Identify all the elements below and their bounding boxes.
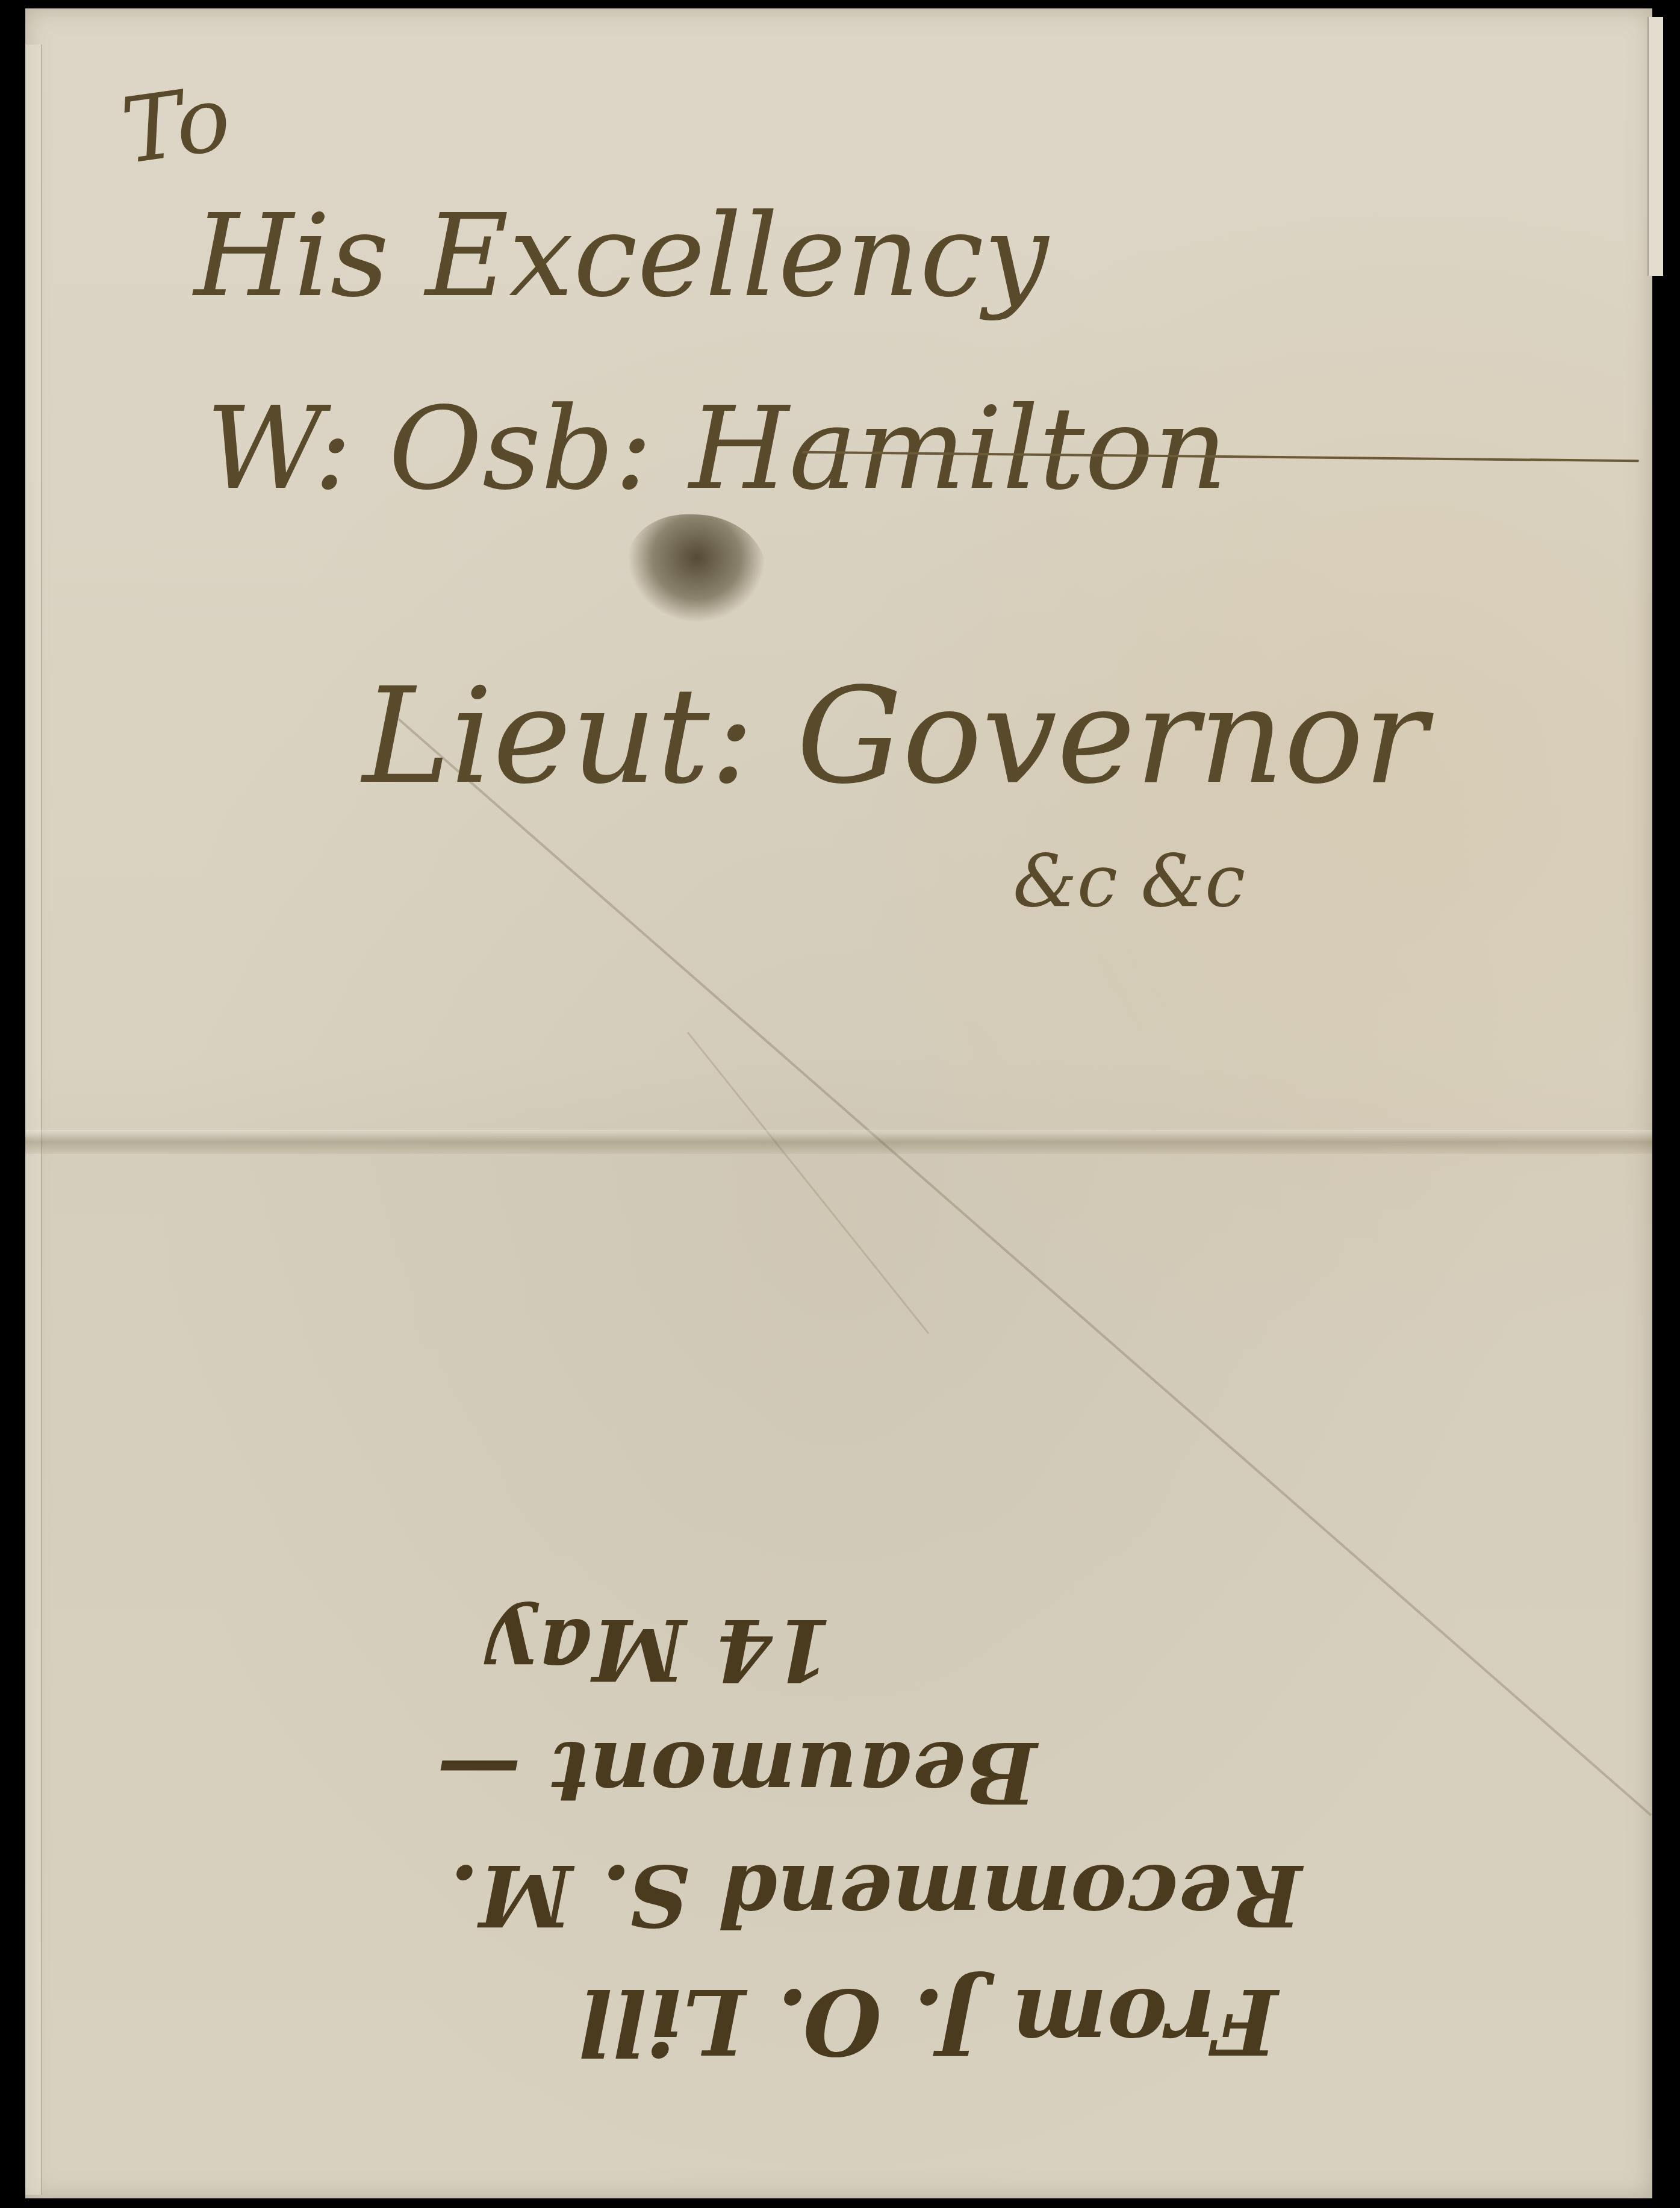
address-line-name: W: Osb: Hamilton	[206, 382, 1227, 515]
horizontal-fold	[25, 1130, 1652, 1154]
address-line-office: Lieut: Governor	[362, 659, 1427, 813]
docket-line-recommend: Recommend S. M.	[206, 1845, 1302, 1944]
address-line-etc: &c &c	[1013, 840, 1245, 923]
address-line-title: His Excellency	[194, 189, 1048, 322]
docket-line-date: 14 May	[206, 1600, 832, 1698]
address-salutation: To	[116, 66, 237, 184]
docket-note: From J. O. Lill Recommend S. M. Beaumont…	[206, 1442, 1350, 2074]
docket-line-from: From J. O. Lill	[206, 1968, 1278, 2074]
letter-sheet: To His Excellency W: Osb: Hamilton Lieut…	[25, 8, 1652, 2198]
docket-line-place: Beaumont —	[206, 1723, 1037, 1821]
